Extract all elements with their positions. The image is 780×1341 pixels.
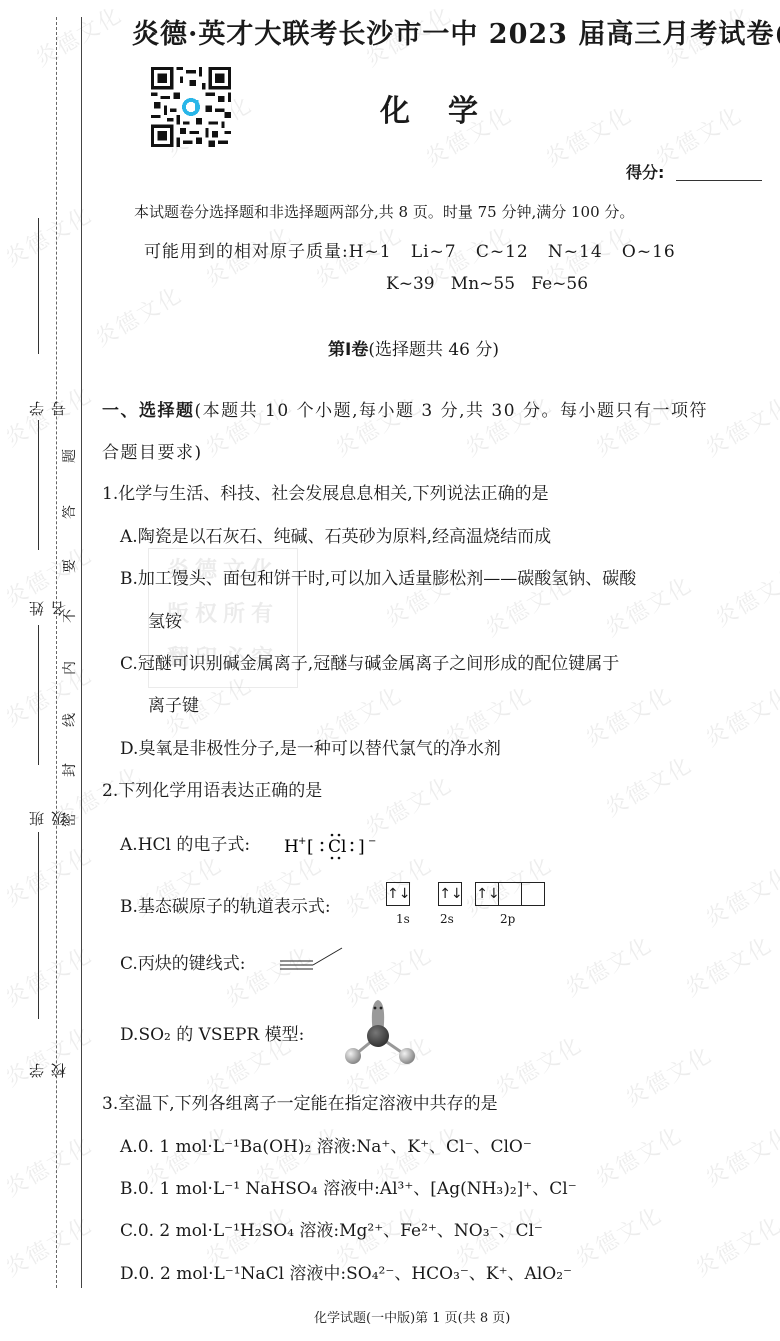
hcl-electron-formula: H + [ Cl ] −	[282, 825, 382, 865]
option-label: C.	[120, 654, 138, 674]
volume-subtitle: (选择题共 46 分)	[368, 340, 499, 360]
atomic-masses-line1: H~1 Li~7 C~12 N~14 O~16	[349, 242, 676, 262]
option-d[interactable]: D.臭氧是非极性分子,是一种可以替代氯气的净水剂	[120, 737, 501, 761]
exam-page: 炎德·英才大联考长沙市一中 2023 届高三月考试卷(一) 化学 得分: 本试题…	[0, 0, 780, 1341]
atomic-mass-label: 可能用到的相对原子质量:H~1 Li~7 C~12 N~14 O~16	[144, 240, 676, 264]
atomic-mass-label-text: 可能用到的相对原子质量:	[144, 242, 349, 262]
question-stem: 2.下列化学用语表达正确的是	[102, 779, 322, 803]
propyne-bond-line-icon	[278, 945, 348, 975]
question-number: 3.	[102, 1094, 118, 1114]
option-b-cont: 氢铵	[148, 610, 182, 634]
option-label: B.	[120, 1179, 138, 1199]
qr-code-icon[interactable]	[150, 67, 232, 147]
option-text: 0. 2 mol·L⁻¹NaCl 溶液中:SO₄²⁻、HCO₃⁻、K⁺、AlO₂…	[138, 1264, 572, 1284]
page-footer: 化学试题(一中版)第 1 页(共 8 页)	[314, 1307, 510, 1326]
svg-text:]: ]	[358, 837, 365, 857]
volume-heading: 第Ⅰ卷(选择题共 46 分)	[328, 338, 499, 362]
option-text: SO₂ 的 VSEPR 模型:	[138, 1025, 304, 1045]
orbital-box-1s: ↑↓	[386, 882, 410, 906]
part-desc-cont: 合题目要求)	[102, 441, 203, 465]
option-d[interactable]: D.0. 2 mol·L⁻¹NaCl 溶液中:SO₄²⁻、HCO₃⁻、K⁺、Al…	[120, 1262, 572, 1286]
option-label: D.	[120, 1264, 138, 1284]
option-text: 丙炔的键线式:	[138, 954, 246, 974]
subject-title: 化学	[380, 86, 516, 130]
option-c[interactable]: C.丙炔的键线式:	[120, 952, 246, 976]
option-text: 基态碳原子的轨道表示式:	[138, 897, 331, 917]
part-desc: (本题共 10 个小题,每小题 3 分,共 30 分。每小题只有一项符	[195, 401, 708, 421]
question-text: 化学与生活、科技、社会发展息息相关,下列说法正确的是	[118, 484, 548, 504]
option-b[interactable]: B.基态碳原子的轨道表示式:	[120, 895, 331, 919]
part-heading: 一、选择题(本题共 10 个小题,每小题 3 分,共 30 分。每小题只有一项符	[102, 399, 708, 423]
orbital-label-1s: 1s	[396, 912, 410, 926]
option-text: 0. 2 mol·L⁻¹H₂SO₄ 溶液:Mg²⁺、Fe²⁺、NO₃⁻、Cl⁻	[138, 1221, 543, 1241]
option-text: 0. 1 mol·L⁻¹Ba(OH)₂ 溶液:Na⁺、K⁺、Cl⁻、ClO⁻	[138, 1137, 532, 1157]
orbital-label-2s: 2s	[440, 912, 454, 926]
option-label: A.	[120, 527, 138, 547]
volume-title: 第Ⅰ卷	[328, 340, 368, 360]
question-stem: 1.化学与生活、科技、社会发展息息相关,下列说法正确的是	[102, 482, 549, 506]
svg-text:Cl: Cl	[328, 837, 346, 857]
option-text: HCl 的电子式:	[138, 835, 250, 855]
option-a[interactable]: A.0. 1 mol·L⁻¹Ba(OH)₂ 溶液:Na⁺、K⁺、Cl⁻、ClO⁻	[120, 1135, 532, 1159]
orbital-box-2p	[522, 882, 545, 906]
question-stem: 3.室温下,下列各组离子一定能在指定溶液中共存的是	[102, 1092, 498, 1116]
score-label: 得分:	[626, 160, 664, 183]
exam-intro: 本试题卷分选择题和非选择题两部分,共 8 页。时量 75 分钟,满分 100 分…	[134, 200, 634, 224]
option-label: A.	[120, 835, 138, 855]
atomic-masses-line2: K~39 Mn~55 Fe~56	[386, 272, 588, 296]
orbital-diagram: ↑↓ ↑↓ ↑↓	[386, 882, 545, 906]
orbital-box-2p: ↑↓	[475, 882, 499, 906]
question-text: 室温下,下列各组离子一定能在指定溶液中共存的是	[118, 1094, 497, 1114]
option-b[interactable]: B.加工馒头、面包和饼干时,可以加入适量膨松剂——碳酸氢钠、碳酸	[120, 567, 636, 591]
option-a[interactable]: A.HCl 的电子式:	[120, 833, 250, 857]
option-label: C.	[120, 1221, 138, 1241]
option-b[interactable]: B.0. 1 mol·L⁻¹ NaHSO₄ 溶液中:Al³⁺、[Ag(NH₃)₂…	[120, 1177, 577, 1201]
svg-text:[: [	[307, 837, 314, 857]
option-c[interactable]: C.0. 2 mol·L⁻¹H₂SO₄ 溶液:Mg²⁺、Fe²⁺、NO₃⁻、Cl…	[120, 1219, 543, 1243]
orbital-label-2p: 2p	[500, 912, 515, 926]
question-number: 1.	[102, 484, 118, 504]
orbital-box-2p	[499, 882, 522, 906]
option-label: D.	[120, 1025, 138, 1045]
score-input-line[interactable]	[676, 180, 762, 181]
orbital-box-2s: ↑↓	[438, 882, 462, 906]
question-number: 2.	[102, 781, 118, 801]
option-label: B.	[120, 897, 138, 917]
option-label: C.	[120, 954, 138, 974]
exam-title: 炎德·英才大联考长沙市一中 2023 届高三月考试卷(一)	[132, 12, 752, 51]
svg-text:−: −	[368, 836, 376, 847]
option-text: 臭氧是非极性分子,是一种可以替代氯气的净水剂	[138, 739, 500, 759]
question-text: 下列化学用语表达正确的是	[118, 781, 322, 801]
option-d[interactable]: D.SO₂ 的 VSEPR 模型:	[120, 1023, 304, 1047]
svg-text:+: +	[298, 836, 306, 847]
svg-text:H: H	[284, 837, 299, 857]
option-text: 冠醚可识别碱金属离子,冠醚与碱金属离子之间形成的配位键属于	[138, 654, 619, 674]
option-c[interactable]: C.冠醚可识别碱金属离子,冠醚与碱金属离子之间形成的配位键属于	[120, 652, 619, 676]
part-title: 一、选择题	[102, 401, 195, 421]
option-label: A.	[120, 1137, 138, 1157]
option-c-cont: 离子键	[148, 694, 199, 718]
option-text: 0. 1 mol·L⁻¹ NaHSO₄ 溶液中:Al³⁺、[Ag(NH₃)₂]⁺…	[138, 1179, 577, 1199]
option-label: D.	[120, 739, 138, 759]
option-a[interactable]: A.陶瓷是以石灰石、纯碱、石英砂为原料,经高温烧结而成	[120, 525, 551, 549]
option-text: 加工馒头、面包和饼干时,可以加入适量膨松剂——碳酸氢钠、碳酸	[138, 569, 636, 589]
option-label: B.	[120, 569, 138, 589]
option-text: 陶瓷是以石灰石、纯碱、石英砂为原料,经高温烧结而成	[138, 527, 551, 547]
so2-vsepr-model-icon	[338, 996, 422, 1070]
